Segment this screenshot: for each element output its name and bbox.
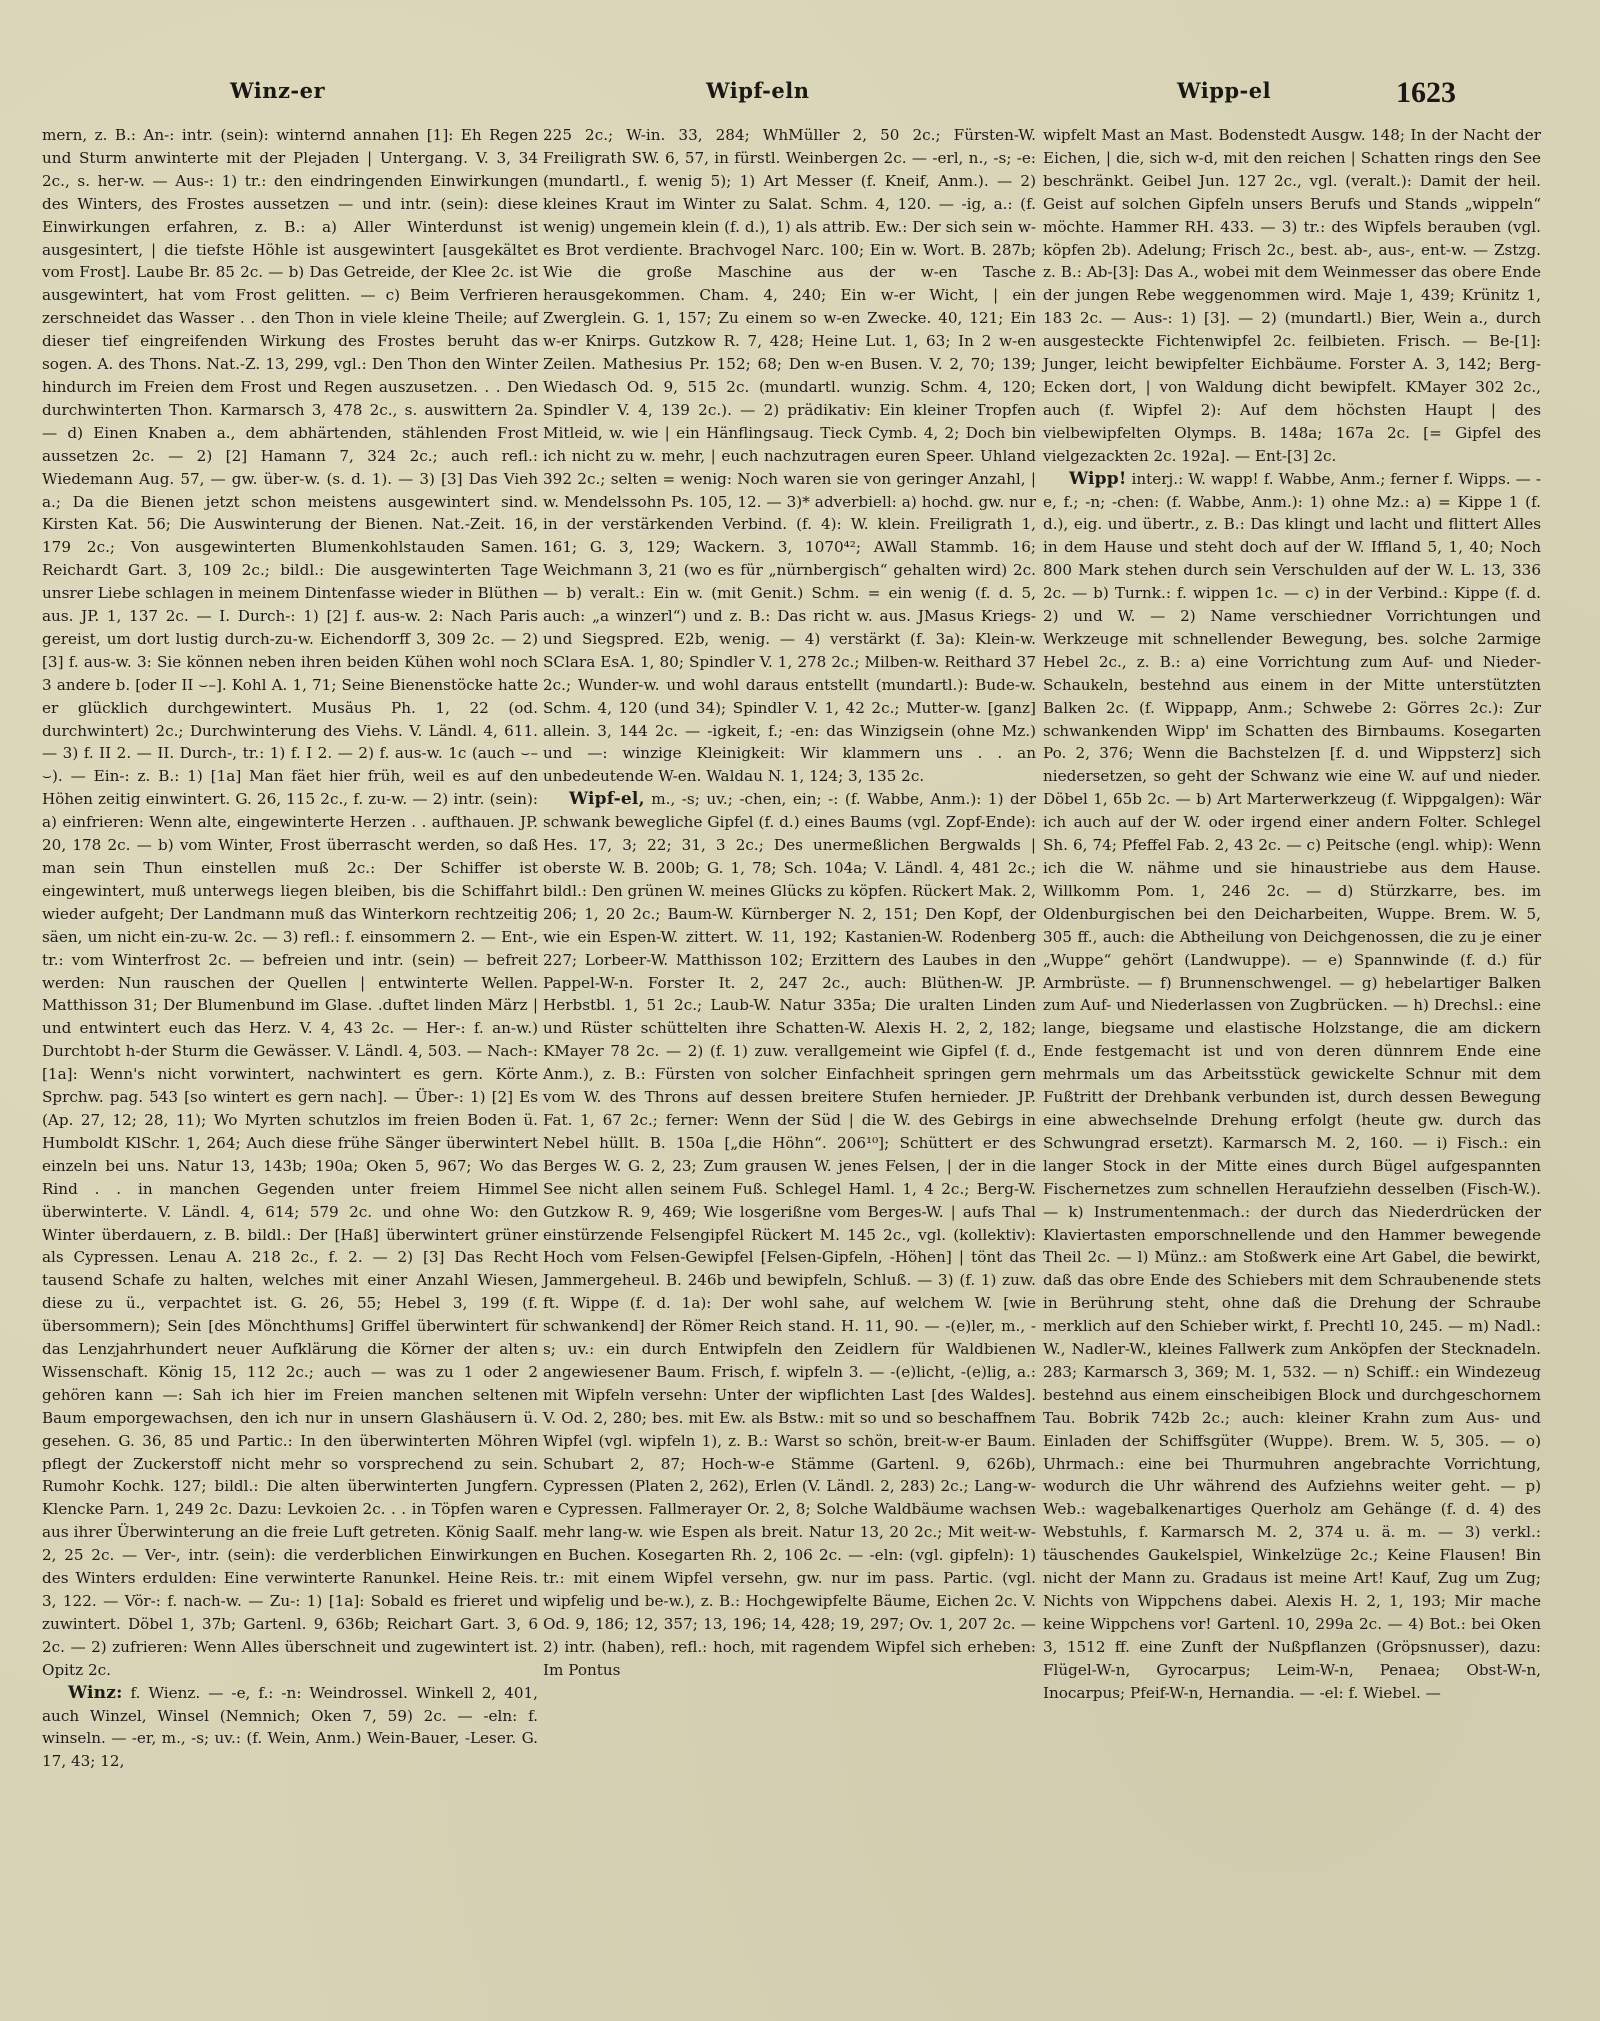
running-header: Winz-er Wipf-eln Wipp-el 1623 [0, 78, 1600, 114]
dictionary-entry-wipfel: Wipf-el, m., -s; uv.; -chen, ein; -: (f.… [543, 788, 1036, 1681]
bottom-margin [0, 1880, 1600, 2021]
text-column-2: 225 2c.; W-in. 33, 284; WhMüller 2, 50 2… [543, 124, 1036, 1682]
column-1-continuation: mern, z. B.: An-: intr. (sein): winternd… [42, 124, 538, 1682]
entry-text: m., -s; uv.; -chen, ein; -: (f. Wabbe, A… [543, 790, 1036, 1678]
column-2-continuation: 225 2c.; W-in. 33, 284; WhMüller 2, 50 2… [543, 124, 1036, 788]
page-number: 1623 [1396, 76, 1456, 110]
text-column-1: mern, z. B.: An-: intr. (sein): winternd… [42, 124, 538, 1773]
entry-text: interj.: W. wapp! f. Wabbe, Anm.; ferner… [1043, 470, 1541, 1702]
running-header-right: Wipp-el [1177, 78, 1271, 103]
column-3-continuation: wipfelt Mast an Mast. Bodenstedt Ausgw. … [1043, 124, 1541, 468]
headword: Wipf-el, [569, 789, 645, 809]
running-header-center: Wipf-eln [706, 78, 809, 103]
text-column-3: wipfelt Mast an Mast. Bodenstedt Ausgw. … [1043, 124, 1541, 1705]
dictionary-page: Winz-er Wipf-eln Wipp-el 1623 mern, z. B… [0, 0, 1600, 2021]
dictionary-entry-winz: Winz: f. Wienz. — -e, f.: -n: Weindrosse… [42, 1682, 538, 1774]
dictionary-entry-wipp: Wipp! interj.: W. wapp! f. Wabbe, Anm.; … [1043, 468, 1541, 1705]
headword: Winz: [68, 1683, 123, 1703]
running-header-left: Winz-er [230, 78, 325, 103]
headword: Wipp! [1069, 469, 1127, 489]
